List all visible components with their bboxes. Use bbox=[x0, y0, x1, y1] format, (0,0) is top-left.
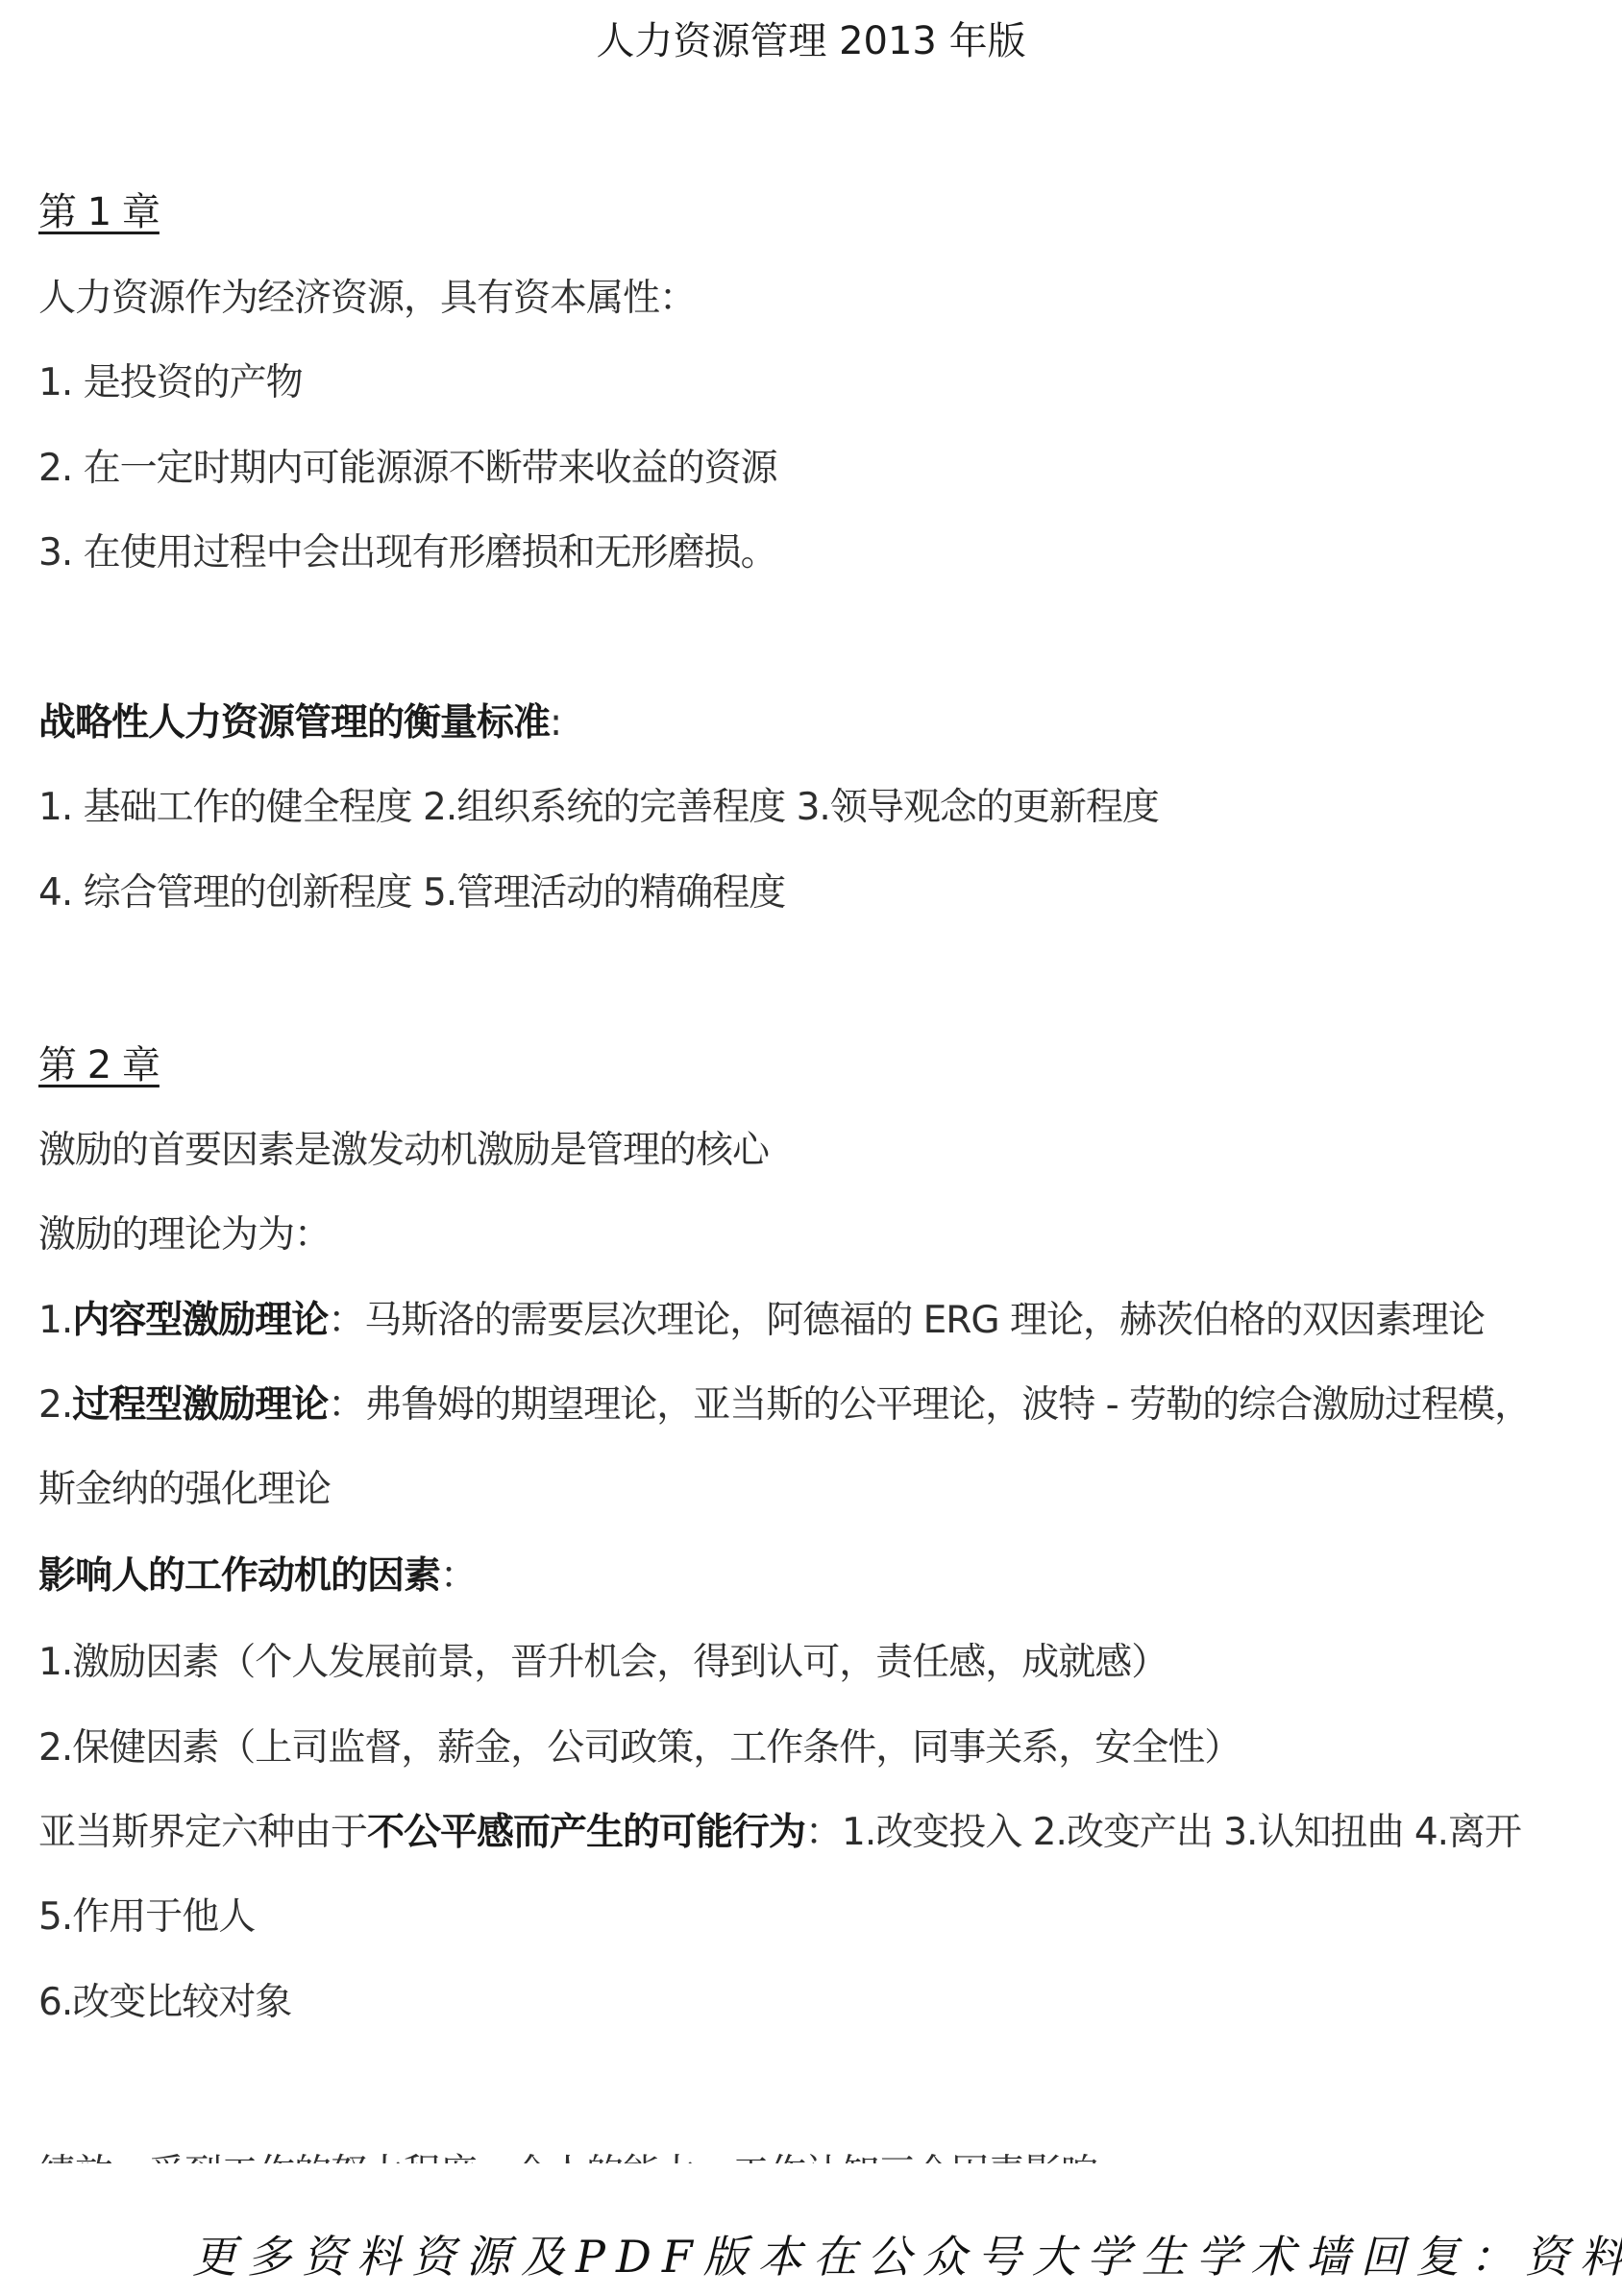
criteria-heading: 战略性人力资源管理的衡量标准: bbox=[38, 699, 561, 747]
adams-bold: 不公平感而产生的可能行为 bbox=[367, 1811, 805, 1854]
theory-name: 过程型激励理论 bbox=[72, 1383, 328, 1427]
theory-sep: ： bbox=[328, 1299, 364, 1342]
clipped-text-line: 绩效：受到工作的努力程度、个人的能力、工作认知三个因素影响 bbox=[38, 2150, 1097, 2163]
criteria-line-1: 1. 基础工作的健全程度 2.组织系统的完善程度 3.领导观念的更新程度 bbox=[38, 784, 1159, 832]
motivation-heading-text: 影响人的工作动机的因素 bbox=[38, 1554, 440, 1598]
motivation-heading: 影响人的工作动机的因素： bbox=[38, 1552, 477, 1600]
attribute-item-1: 1. 是投资的产物 bbox=[38, 359, 303, 407]
adams-prefix: 亚当斯界定六种由于 bbox=[38, 1811, 367, 1854]
document-page: 人力资源管理 2013 年版 第 1 章 人力资源作为经济资源，具有资本属性： … bbox=[0, 0, 1622, 2296]
theory-intro: 激励的理论为为： bbox=[38, 1211, 331, 1259]
chapter-1-heading: 第 1 章 bbox=[38, 188, 160, 236]
core-statement: 激励的首要因素是激发动机激励是管理的核心 bbox=[38, 1127, 769, 1175]
theory-prefix: 2. bbox=[38, 1383, 72, 1427]
factor-item-2: 2.保健因素（上司监督，薪金，公司政策，工作条件，同事关系，安全性） bbox=[38, 1724, 1241, 1772]
chapter-2-heading: 第 2 章 bbox=[38, 1041, 160, 1089]
adams-rest: ：1.改变投入 2.改变产出 3.认知扭曲 4.离开 bbox=[805, 1811, 1521, 1854]
theory-sep: ： bbox=[328, 1383, 364, 1427]
criteria-heading-colon: : bbox=[550, 701, 561, 745]
theory-item-content: 1.内容型激励理论：马斯洛的需要层次理论，阿德福的 ERG 理论，赫茨伯格的双因… bbox=[38, 1297, 1485, 1345]
theory-prefix: 1. bbox=[38, 1299, 72, 1342]
chapter-1-intro: 人力资源作为经济资源，具有资本属性： bbox=[38, 275, 696, 323]
document-title: 人力资源管理 2013 年版 bbox=[0, 17, 1622, 65]
theory-content: 马斯洛的需要层次理论，阿德福的 ERG 理论，赫茨伯格的双因素理论 bbox=[364, 1299, 1485, 1342]
theory-item-process: 2.过程型激励理论：弗鲁姆的期望理论，亚当斯的公平理论，波特 - 劳勒的综合激励… bbox=[38, 1381, 1531, 1429]
footer-banner: 更多资料资源及PDF版本在公众号大学生学术墙回复：资料 bbox=[192, 2227, 1441, 2286]
attribute-item-3: 3. 在使用过程中会出现有形磨损和无形磨损。 bbox=[38, 529, 777, 577]
clipped-line-text: 绩效：受到工作的努力程度、个人的能力、工作认知三个因素影响 bbox=[38, 2150, 1097, 2163]
theory-content: 弗鲁姆的期望理论，亚当斯的公平理论，波特 - 劳勒的综合激励过程模， bbox=[364, 1383, 1531, 1427]
theory-continuation: 斯金纳的强化理论 bbox=[38, 1466, 331, 1514]
factor-item-1: 1.激励因素（个人发展前景，晋升机会，得到认可，责任感，成就感） bbox=[38, 1639, 1167, 1687]
adams-line-3: 6.改变比较对象 bbox=[38, 1979, 291, 2027]
motivation-heading-colon: ： bbox=[440, 1554, 477, 1598]
adams-behaviors: 亚当斯界定六种由于不公平感而产生的可能行为：1.改变投入 2.改变产出 3.认知… bbox=[38, 1809, 1521, 1857]
criteria-line-2: 4. 综合管理的创新程度 5.管理活动的精确程度 bbox=[38, 869, 785, 917]
theory-name: 内容型激励理论 bbox=[72, 1299, 328, 1342]
adams-line-2: 5.作用于他人 bbox=[38, 1893, 255, 1942]
criteria-heading-text: 战略性人力资源管理的衡量标准 bbox=[38, 701, 550, 745]
attribute-item-2: 2. 在一定时期内可能源源不断带来收益的资源 bbox=[38, 445, 777, 493]
